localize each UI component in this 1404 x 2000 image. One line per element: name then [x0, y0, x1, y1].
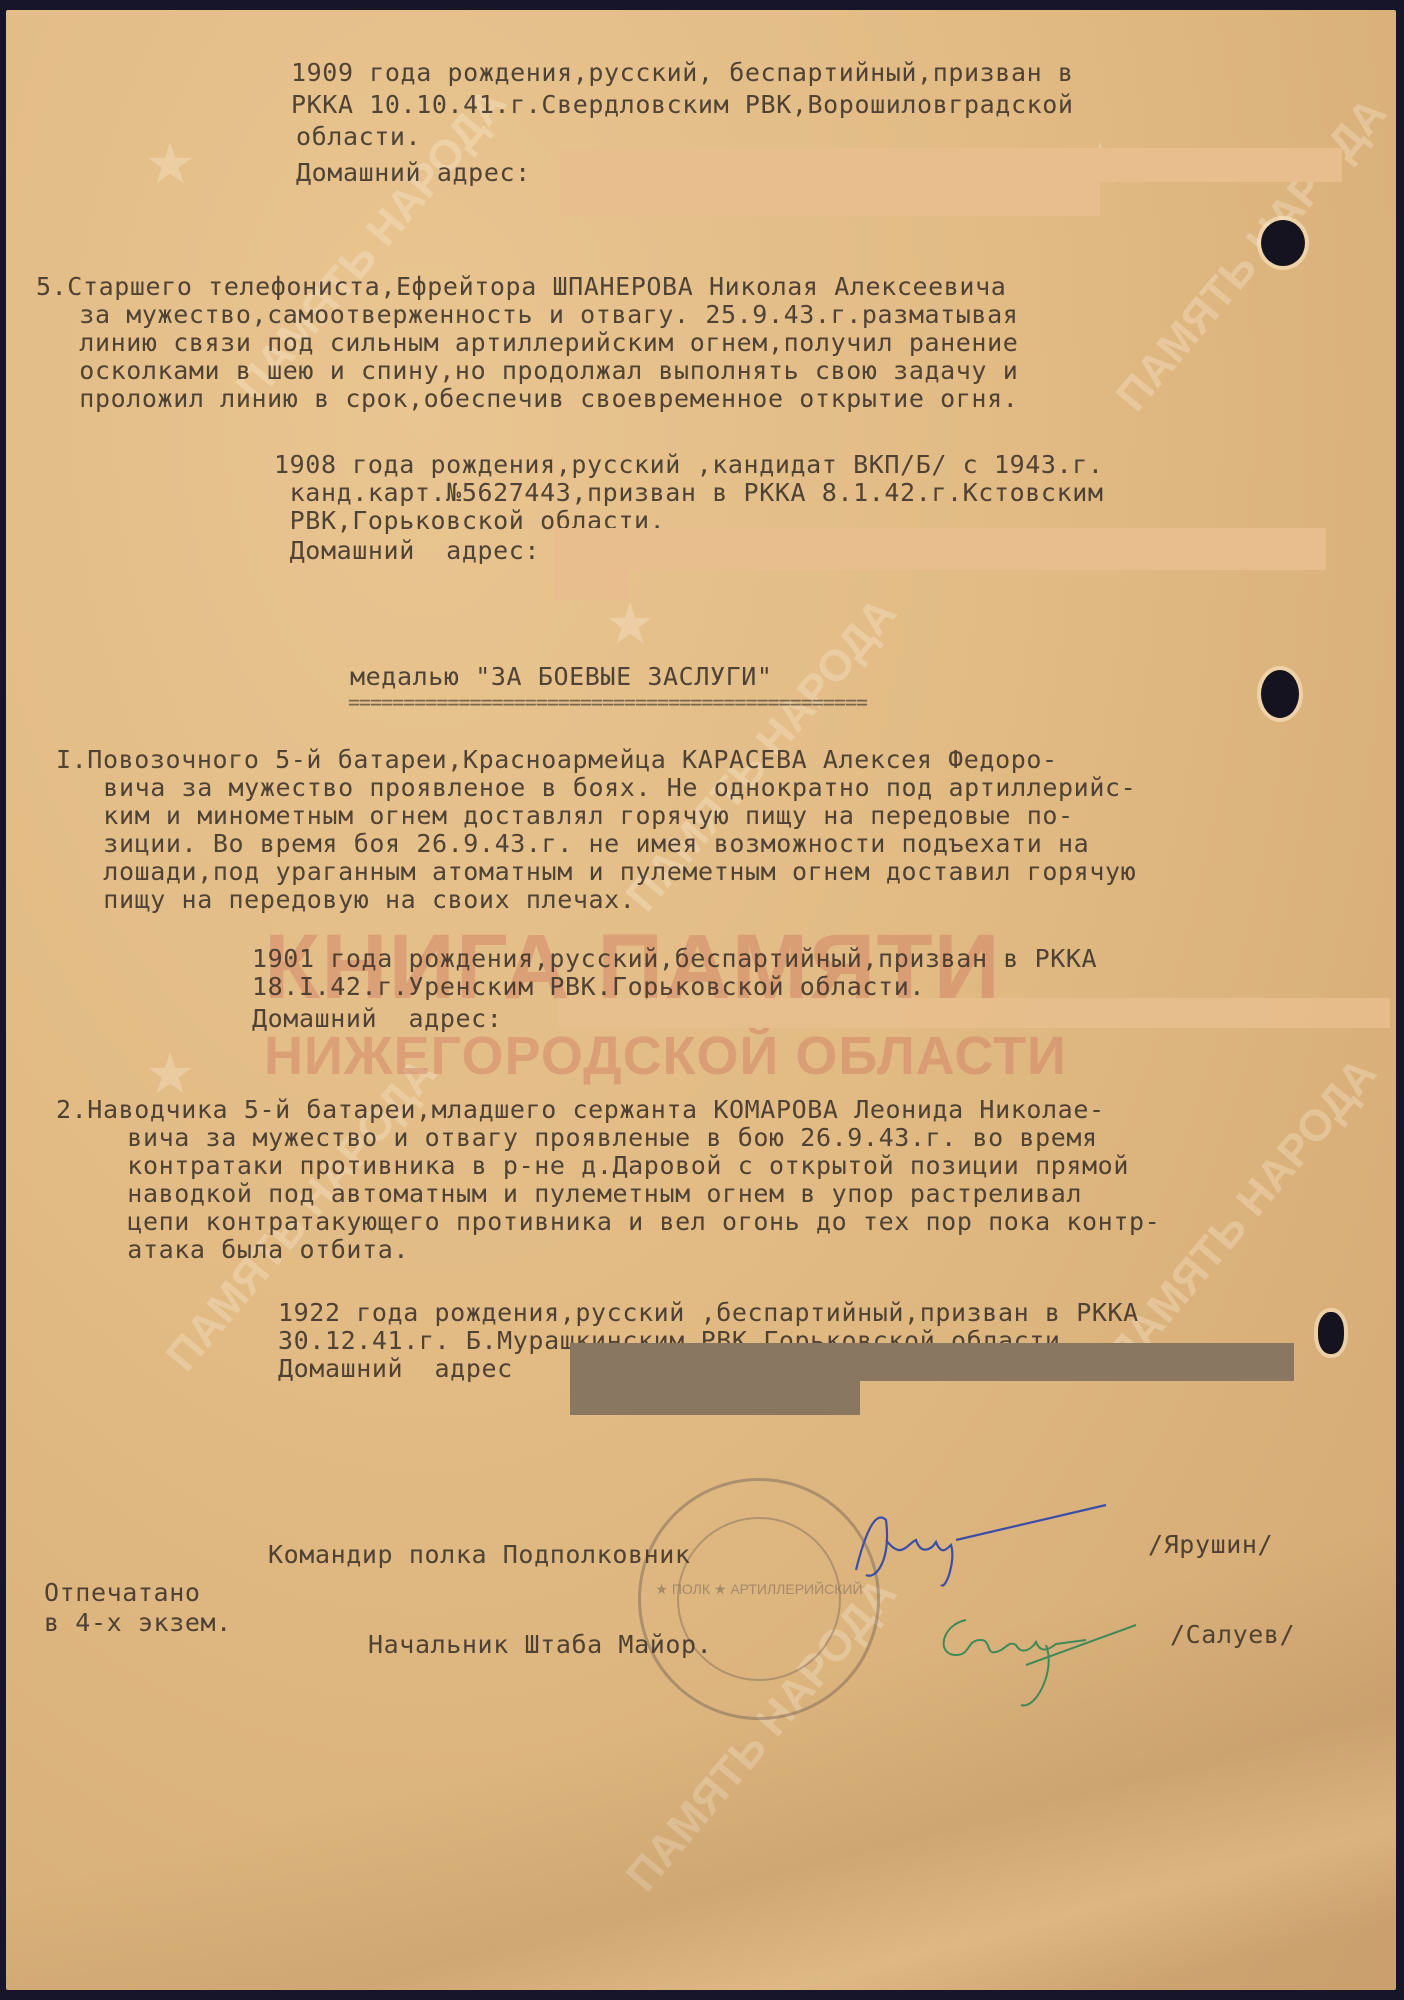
stamp-text: ★ ПОЛК ★ АРТИЛЛЕРИЙСКИЙ [641, 1581, 877, 1598]
redacted-address [558, 998, 1390, 1028]
chief-of-staff-name: /Салуев/ [1170, 1620, 1295, 1649]
printed-copies-line-2: в 4-х экзем. [44, 1608, 232, 1637]
official-stamp: ★ ПОЛК ★ АРТИЛЛЕРИЙСКИЙ [638, 1478, 880, 1720]
entry-1-line-6: пищу на передовую на своих плечах. [72, 885, 635, 914]
entry-2-line-3: контратаки противника в р-не д.Даровой с… [96, 1151, 1129, 1180]
entry-2-line-1: 2.Наводчика 5-й батареи,младшего сержант… [56, 1095, 1105, 1124]
redacted-address [560, 182, 1100, 216]
entry-1-line-4: зиции. Во время боя 26.9.43.г. не имея в… [72, 829, 1089, 858]
printed-copies-line-1: Отпечатано [44, 1578, 201, 1607]
punch-hole [1261, 670, 1299, 718]
entry-5-bio-2: канд.карт.№5627443,призван в РККА 8.1.42… [274, 478, 1104, 507]
entry-1-bio-1: 1901 года рождения,русский,беспартийный,… [252, 944, 1097, 973]
commander-name: /Ярушин/ [1148, 1530, 1273, 1559]
redacted-address [570, 1381, 860, 1415]
entry-2-line-4: наводкой под автоматным и пулеметным огн… [96, 1179, 1082, 1208]
redacted-address [554, 528, 1326, 570]
chief-signature [936, 1610, 1156, 1720]
entry-2-address-label: Домашний адрес [278, 1354, 513, 1383]
punch-hole [1318, 1312, 1344, 1354]
entry-2-line-2: вича за мужество и отвагу проявленые в б… [96, 1123, 1098, 1152]
entry-2-line-5: цепи контратакующего противника и вел ог… [96, 1207, 1160, 1236]
pamyat-naroda-watermark: ПАМЯТЬ НАРОДА [1107, 89, 1397, 421]
entry-5-address-label: Домашний адрес: [274, 536, 540, 565]
redacted-address [560, 148, 1342, 182]
entry-5-line-4: осколками в шею и спину,но продолжал вып… [48, 356, 1018, 385]
entry-1-bio-2: 18.I.42.г.Уренским РВК.Горьковской облас… [252, 972, 925, 1001]
entry-1-line-5: лошади,под ураганным атоматным и пулемет… [72, 857, 1136, 886]
document-page: ★ ★ ★ ★ ПАМЯТЬ НАРОДА ПАМЯТЬ НАРОДА ПАМЯ… [6, 10, 1396, 1990]
entry-1-address-label: Домашний адрес: [252, 1004, 502, 1033]
redacted-address [554, 570, 628, 600]
entry-5-line-5: проложил линию в срок,обеспечив своеврем… [48, 384, 1018, 413]
medal-heading-underline: ========================================… [348, 690, 867, 714]
entry-5-line-2: за мужество,самоотверженность и отвагу. … [48, 300, 1018, 329]
prev-address-label: Домашний адрес: [296, 158, 531, 187]
punch-hole [1261, 220, 1305, 266]
entry-2-bio-1: 1922 года рождения,русский ,беспартийный… [278, 1298, 1139, 1327]
prev-bio-line-3: области. [296, 122, 421, 151]
redacted-address [570, 1343, 1294, 1381]
medal-heading: медалью "ЗА БОЕВЫЕ ЗАСЛУГИ" [350, 662, 773, 691]
entry-5-line-1: 5.Старшего телефониста,Ефрейтора ШПАНЕРО… [36, 272, 1006, 301]
entry-5-bio-1: 1908 года рождения,русский ,кандидат ВКП… [274, 450, 1104, 479]
chief-of-staff-title: Начальник Штаба Майор. [368, 1630, 712, 1659]
entry-2-line-6: атака была отбита. [96, 1235, 409, 1264]
entry-1-line-2: вича за мужество проявленое в боях. Не о… [72, 773, 1136, 802]
entry-1-line-3: ким и минометным огнем доставлял горячую… [72, 801, 1074, 830]
commander-title: Командир полка Подполковник [268, 1540, 691, 1569]
prev-bio-line-1: 1909 года рождения,русский, беспартийный… [291, 58, 1074, 87]
commander-signature [846, 1500, 1106, 1620]
prev-bio-line-2: РККА 10.10.41.г.Свердловским РВК,Ворошил… [291, 90, 1074, 119]
entry-1-line-1: I.Повозочного 5-й батареи,Красноармейца … [56, 745, 1058, 774]
entry-5-line-3: линию связи под сильным артиллерийским о… [48, 328, 1018, 357]
nizhegorodskoy-oblasti-watermark: НИЖЕГОРОДСКОЙ ОБЛАСТИ [264, 1025, 1067, 1087]
star-watermark-icon: ★ [146, 110, 194, 203]
